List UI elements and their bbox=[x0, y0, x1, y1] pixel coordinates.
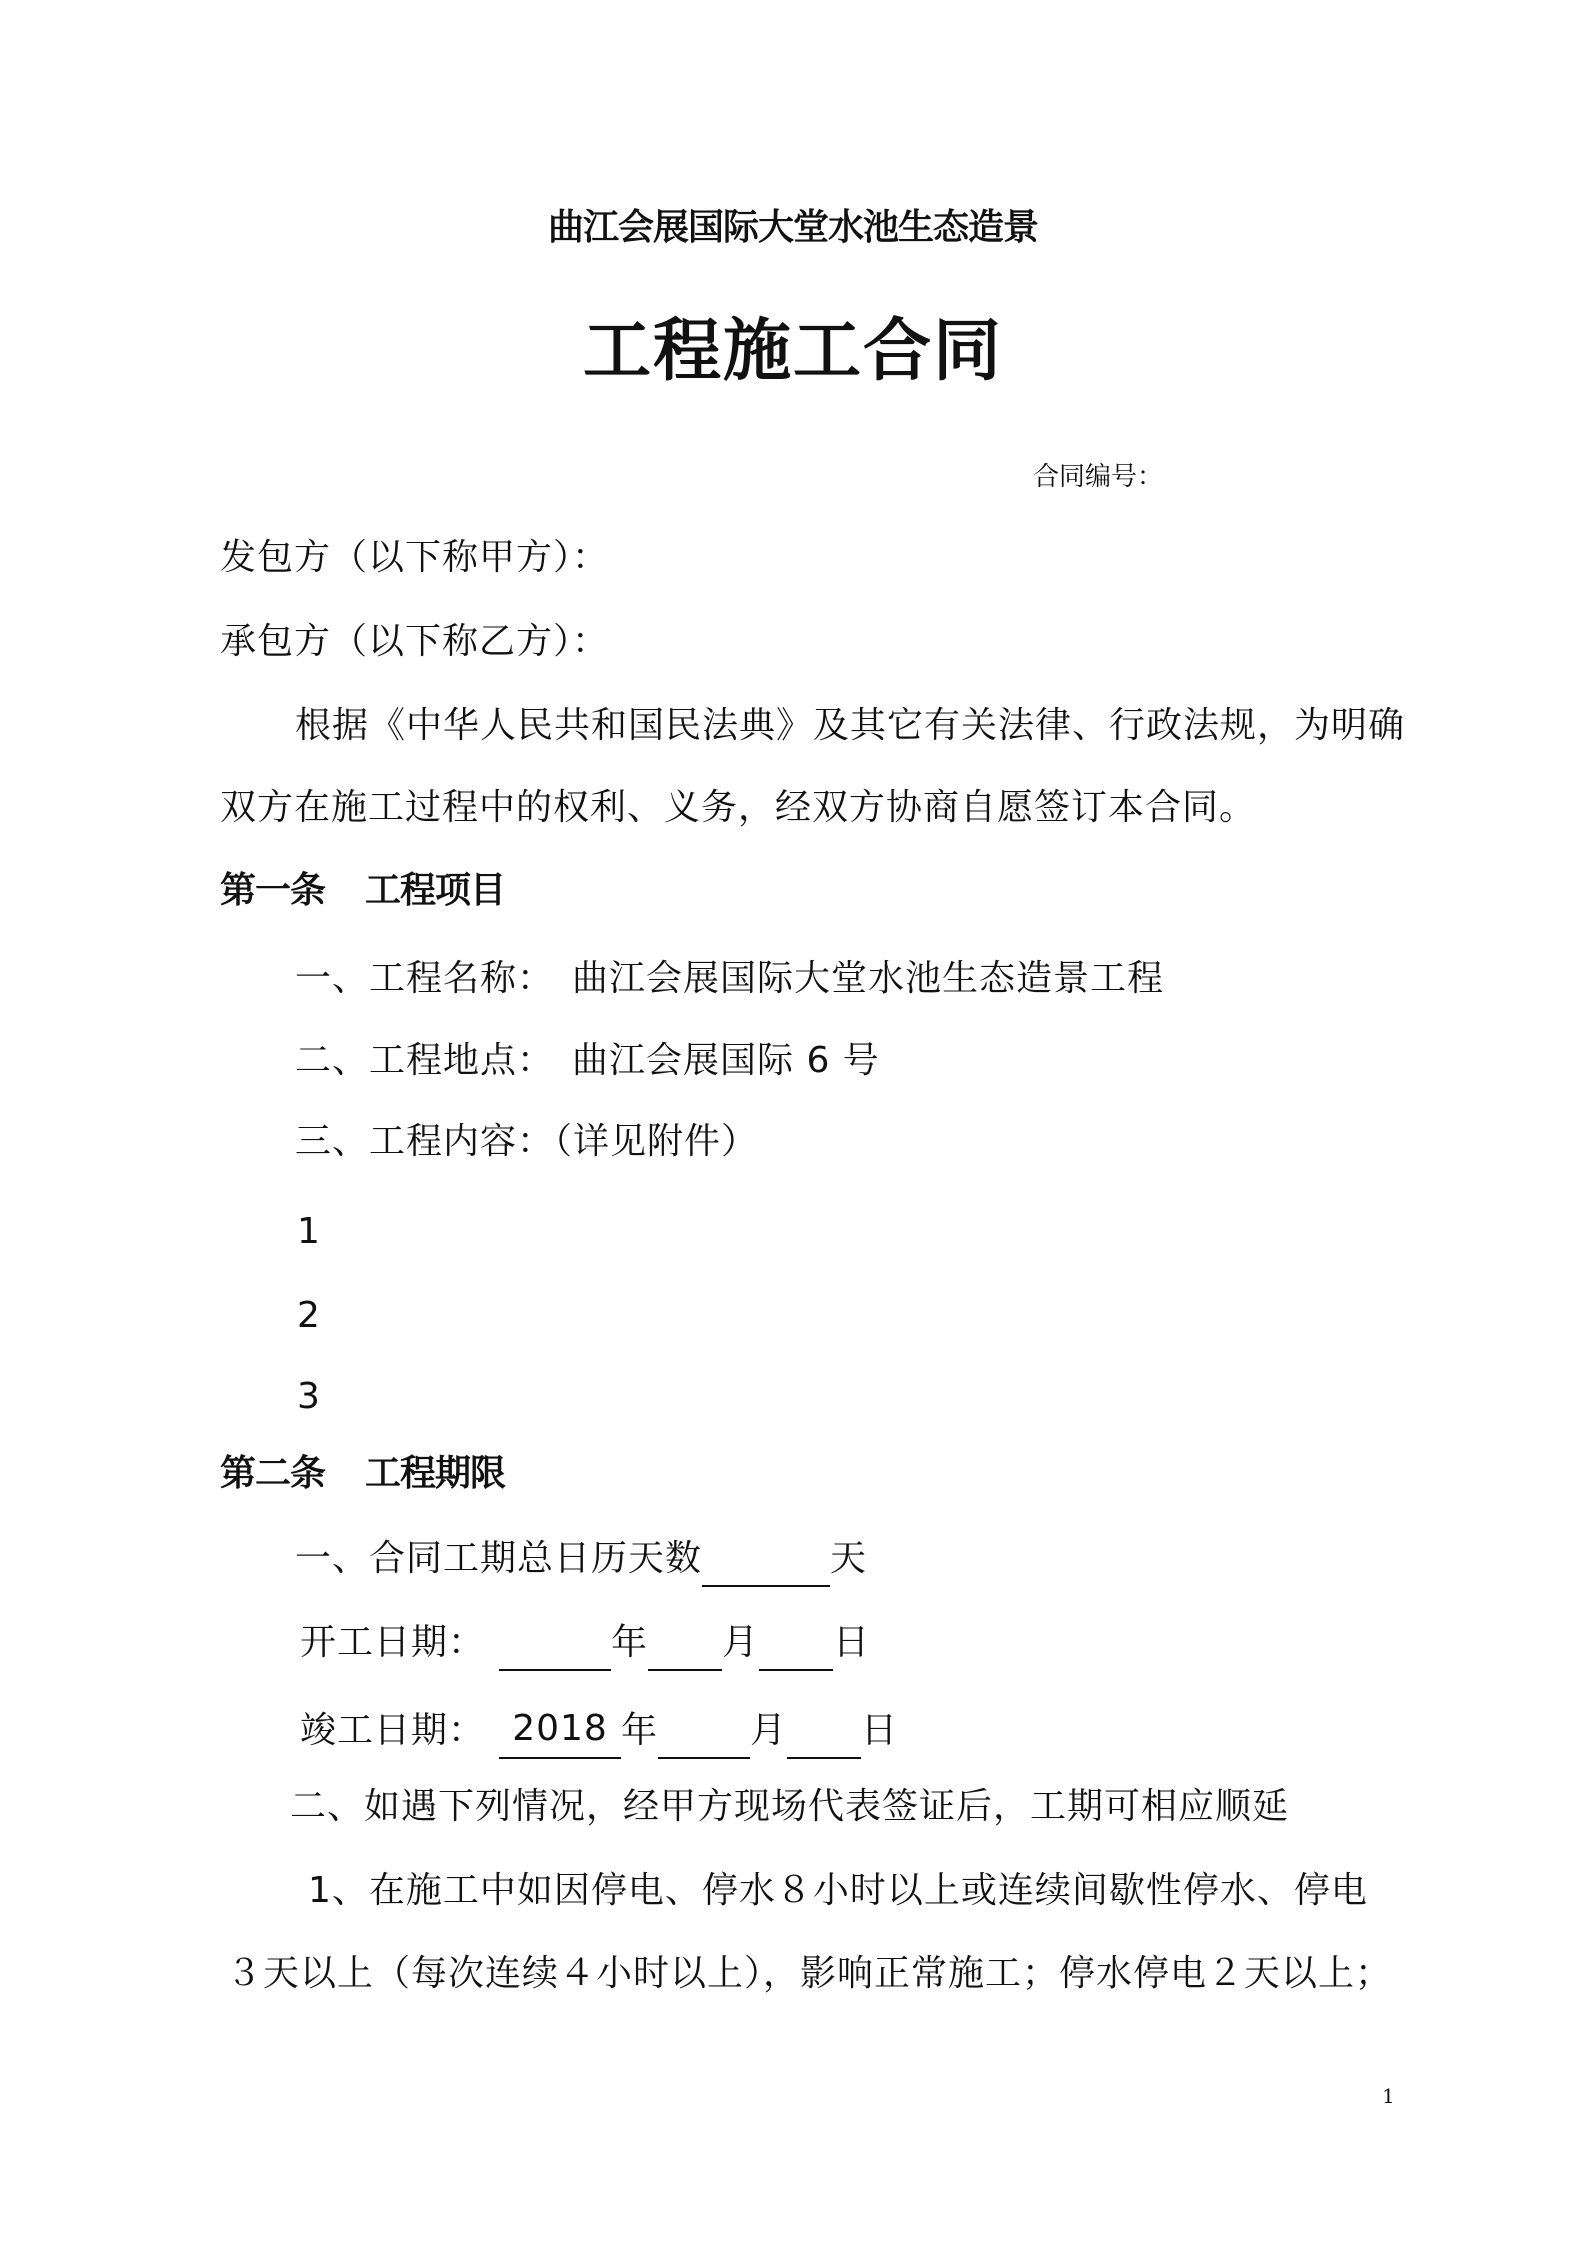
article-1-number: 第一条 bbox=[220, 870, 325, 911]
party-b-line: 承包方（以下称乙方）： bbox=[220, 624, 609, 660]
project-name-label: 一、工程名称： bbox=[295, 958, 554, 999]
project-location-value: 曲江会展国际 6 号 bbox=[572, 1040, 880, 1081]
project-name-row: 一、工程名称：曲江会展国际大堂水池生态造景工程 bbox=[295, 961, 1164, 997]
start-day-unit: 日 bbox=[833, 1622, 870, 1663]
extension-item-1-line-1: 1、在施工中如因停电、停水８小时以上或连续间歇性停水、停电 bbox=[308, 1873, 1368, 1909]
start-year-blank[interactable] bbox=[499, 1633, 611, 1671]
content-list-item-3: 3 bbox=[297, 1379, 321, 1415]
article-1-heading: 第一条工程项目 bbox=[220, 873, 505, 909]
preamble-line-2: 双方在施工过程中的权利、义务，经双方协商自愿签订本合同。 bbox=[220, 790, 1256, 826]
end-day-blank[interactable] bbox=[787, 1721, 861, 1759]
extension-clause: 二、如遇下列情况，经甲方现场代表签证后，工期可相应顺延 bbox=[290, 1789, 1289, 1825]
end-day-unit: 日 bbox=[861, 1710, 898, 1751]
article-2-number: 第二条 bbox=[220, 1453, 325, 1494]
project-location-row: 二、工程地点：曲江会展国际 6 号 bbox=[295, 1043, 880, 1079]
start-day-blank[interactable] bbox=[759, 1633, 833, 1671]
content-list-item-2: 2 bbox=[297, 1298, 321, 1334]
article-2-title: 工程期限 bbox=[365, 1453, 505, 1494]
start-date-row: 开工日期：年月日 bbox=[300, 1623, 870, 1661]
start-year-unit: 年 bbox=[611, 1622, 648, 1663]
project-location-label: 二、工程地点： bbox=[295, 1040, 554, 1081]
extension-item-1-line-2: ３天以上（每次连续４小时以上），影响正常施工；停水停电２天以上； bbox=[226, 1956, 1392, 1992]
end-month-blank[interactable] bbox=[658, 1721, 750, 1759]
duration-label: 一、合同工期总日历天数 bbox=[295, 1538, 702, 1579]
project-content-label: 三、工程内容： bbox=[295, 1121, 554, 1162]
end-date-label: 竣工日期： bbox=[300, 1710, 485, 1751]
preamble-line-1: 根据《中华人民共和国民法典》及其它有关法律、行政法规，为明确 bbox=[295, 708, 1405, 744]
duration-unit: 天 bbox=[830, 1538, 867, 1579]
party-a-line: 发包方（以下称甲方）： bbox=[220, 540, 609, 576]
contract-number-label: 合同编号： bbox=[1033, 464, 1163, 490]
duration-row: 一、合同工期总日历天数天 bbox=[295, 1539, 867, 1577]
start-date-label: 开工日期： bbox=[300, 1622, 485, 1663]
duration-blank[interactable] bbox=[702, 1549, 830, 1587]
document-title: 工程施工合同 bbox=[0, 318, 1586, 386]
end-year-blank[interactable]: 2018 bbox=[499, 1721, 621, 1759]
end-date-row: 竣工日期：2018年月日 bbox=[300, 1711, 898, 1749]
article-2-heading: 第二条工程期限 bbox=[220, 1456, 505, 1492]
content-list-item-1: 1 bbox=[297, 1214, 321, 1250]
project-content-value: （详见附件） bbox=[554, 1121, 758, 1162]
start-month-blank[interactable] bbox=[648, 1633, 722, 1671]
article-1-title: 工程项目 bbox=[365, 870, 505, 911]
start-month-unit: 月 bbox=[722, 1622, 759, 1663]
project-content-row: 三、工程内容：（详见附件） bbox=[295, 1124, 758, 1160]
end-month-unit: 月 bbox=[750, 1710, 787, 1751]
end-year-unit: 年 bbox=[621, 1710, 658, 1751]
page-number: 1 bbox=[1382, 2086, 1395, 2106]
project-name-value: 曲江会展国际大堂水池生态造景工程 bbox=[572, 958, 1164, 999]
document-subtitle: 曲江会展国际大堂水池生态造景 bbox=[0, 210, 1586, 246]
document-page: 曲江会展国际大堂水池生态造景 工程施工合同 合同编号： 发包方（以下称甲方）： … bbox=[0, 0, 1586, 2244]
